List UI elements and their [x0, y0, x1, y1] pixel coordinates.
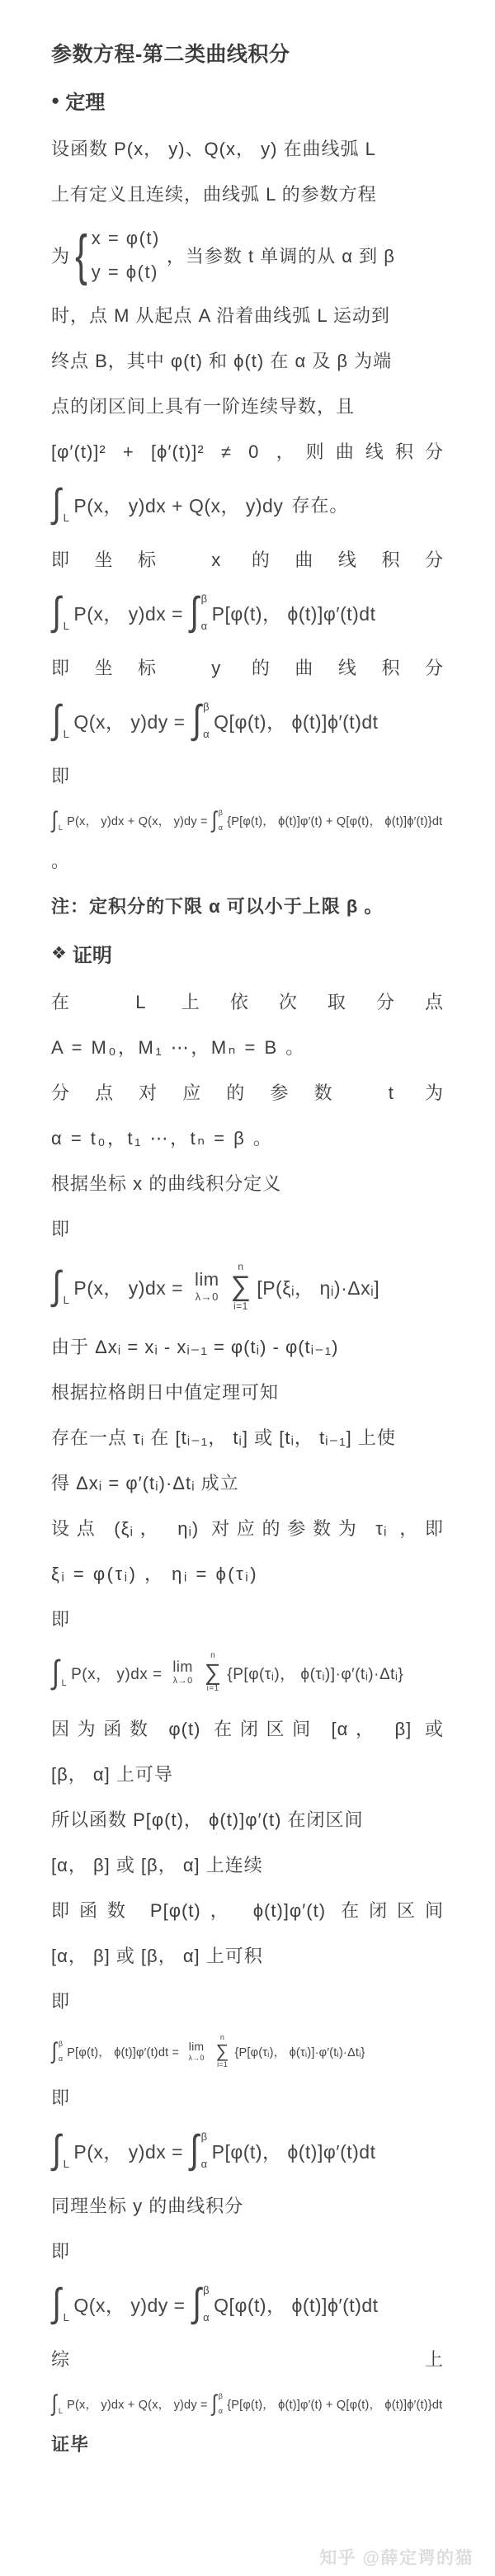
theorem-heading: ● 定理 [51, 86, 444, 115]
integral-lower-limit: L [61, 1679, 67, 1688]
text-line: 所以函数 P[φ(t)， ϕ(t)]φ′(t) 在闭区间 [51, 1807, 444, 1833]
integral-sign: ∫βα [51, 2040, 63, 2063]
text-line: 时，点 M 从起点 A 沿着曲线弧 L 运动到 [51, 303, 444, 329]
integral-sign: ∫·L [51, 809, 63, 832]
summation-lower: i=1 [207, 1685, 219, 1693]
limit-operator: limλ→0 [172, 1659, 193, 1686]
text-line: 即 [51, 2239, 444, 2265]
integral-lower-limit: α [201, 620, 208, 631]
text-line: 设点 (ξᵢ， ηᵢ) 对应的参数为 τᵢ ，即 [51, 1516, 444, 1542]
integral-glyph: ∫ [190, 592, 199, 632]
formula-text: P(x， y)dx = [73, 1273, 189, 1300]
integral-limits: βα [59, 2041, 63, 2063]
math-line: α = t₀，t₁ ⋯，tₙ = β 。 [51, 1125, 444, 1152]
integral-limits: βα [219, 2393, 223, 2415]
text-line: 存在一点 τᵢ 在 [tᵢ₋₁， tᵢ] 或 [tᵢ， tᵢ₋₁] 上使 [51, 1425, 444, 1451]
formula-limit-definition: ∫·LP(x， y)dx = limλ→0n∑i=1[P(ξᵢ， ηᵢ)·Δxᵢ… [51, 1262, 444, 1311]
text-line: 上有定义且连续，曲线弧 L 的参数方程 [51, 182, 444, 208]
integral-upper-limit: β [219, 809, 223, 817]
integral-glyph: ∫ [52, 2130, 61, 2170]
limit-subscript: λ→0 [188, 2055, 204, 2062]
integral-glyph: ∫ [52, 701, 61, 740]
integral-sign: ∫βα [189, 592, 208, 632]
integral-lower-limit: L [64, 620, 70, 631]
system-eq-y: y = ϕ(t) [92, 262, 160, 283]
formula-text: P(x， y)dx + Q(x， y)dy [73, 491, 283, 518]
note-line: 注：定积分的下限 α 可以小于上限 β 。 [51, 894, 444, 920]
text-line: 因为函数 φ(t) 在闭区间 [α， β] 或 [51, 1716, 444, 1743]
formula-text: P(x， y)dx + Q(x， y)dy = [67, 2395, 211, 2413]
integral-lower-limit: L [59, 2408, 63, 2415]
integral-sign: ∫·L [51, 592, 69, 632]
integral-glyph: ∫ [52, 809, 57, 832]
watermark: 知乎 @薛定谔的猫 [319, 2545, 474, 2569]
integral-limits: βα [201, 2131, 208, 2169]
formula-text: P(x， y)dx + Q(x， y)dy = [67, 812, 211, 829]
integral-sign: ∫·L [51, 1656, 67, 1689]
formula-combined-final: ∫·LP(x， y)dx + Q(x， y)dy = ∫βα{P[φ(t)， ϕ… [51, 2392, 444, 2415]
integral-lower-limit: L [64, 512, 70, 523]
integral-sign: ∫βα [211, 2392, 223, 2415]
formula-text: [P(ξᵢ， ηᵢ)·Δxᵢ] [257, 1273, 379, 1300]
integral-sign: ∫·L [51, 2392, 63, 2415]
formula-text: {P[φ(t)， ϕ(t)]φ′(t) + Q[φ(t)， ϕ(t)]ϕ′(t)… [227, 812, 442, 829]
formula-cjk-text: 存在。 [291, 492, 348, 517]
integral-upper-limit: β [203, 2285, 210, 2295]
integral-glyph: ∫ [52, 2284, 61, 2324]
formula-text: P[φ(t)， ϕ(t)]φ′(t)dt = [67, 2043, 182, 2060]
integral-sign: ∫·L [51, 701, 69, 740]
integral-lower-limit: L [59, 824, 63, 832]
integral-glyph: ∫ [52, 2040, 57, 2063]
limit-subscript: λ→0 [173, 1677, 193, 1686]
text-line: [β， α] 上可导 [51, 1762, 444, 1788]
integral-lower-limit: α [59, 2055, 63, 2063]
integral-glyph: ∫ [212, 809, 217, 832]
formula-text: {P[φ(τᵢ)， ϕ(τᵢ)]·φ′(tᵢ)·Δtᵢ} [227, 1662, 403, 1684]
integral-upper-limit: β [201, 2131, 208, 2142]
text-line: 设函数 P(x， y)、Q(x， y) 在曲线弧 L [51, 136, 444, 163]
integral-lower-limit: L [64, 1295, 70, 1305]
text-line: 。 [51, 848, 444, 875]
text-line: 由于 Δxᵢ = xᵢ - xᵢ₋₁ = φ(tᵢ) - φ(tᵢ₋₁) [51, 1334, 444, 1361]
formula-qy: ∫·LQ(x， y)dy = ∫βαQ[φ(t)， ϕ(t)]ϕ′(t)dt [51, 701, 444, 740]
limit-label: lim [189, 2041, 204, 2052]
integral-glyph: ∫ [192, 2284, 201, 2324]
integral-sign: ∫βα [211, 809, 223, 832]
formula-text: P(x， y)dx = [73, 599, 189, 626]
integral-limits: βα [201, 593, 208, 631]
summation-operator: n∑i=1 [216, 2034, 229, 2069]
system-eq-x: x = φ(t) [92, 228, 160, 249]
integral-glyph: ∫ [52, 2392, 57, 2415]
integral-glyph: ∫ [212, 2392, 217, 2415]
text-line: 得 Δxᵢ = φ′(tᵢ)·Δtᵢ 成立 [51, 1470, 444, 1497]
integral-upper-limit: β [203, 701, 210, 712]
text-line: 点的闭区间上具有一阶连续导数，且 [51, 394, 444, 420]
limit-label: lim [172, 1659, 193, 1674]
text-line: 综上 [51, 2347, 444, 2373]
parametric-system: 为 { x = φ(t) y = ϕ(t) ，当参数 t 单调的从 α 到 β [51, 227, 444, 283]
formula-text: P[φ(t)， ϕ(t)]φ′(t)dt [212, 2137, 376, 2164]
sigma-glyph: ∑ [216, 2042, 229, 2060]
formula-text: P(x， y)dx = [71, 1662, 167, 1684]
integral-lower-limit: L [64, 729, 70, 739]
formula-px-conclusion: ∫·LP(x， y)dx = ∫βαP[φ(t)， ϕ(t)]φ′(t)dt [51, 2130, 444, 2170]
formula-text: Q[φ(t)， ϕ(t)]ϕ′(t)dt [214, 2291, 378, 2318]
diamond-bullet-icon: ❖ [51, 945, 67, 962]
integral-limits: ·L [64, 701, 70, 739]
integral-limits: ·L [59, 809, 63, 832]
integral-lower-limit: α [203, 2312, 210, 2323]
integral-sign: ∫·L [51, 1267, 69, 1306]
formula-text: {P[φ(τᵢ)， ϕ(τᵢ)]·φ′(tᵢ)·Δtᵢ} [234, 2043, 365, 2060]
proof-heading: ❖ 证明 [51, 939, 444, 968]
proof-heading-label: 证明 [73, 939, 112, 968]
integral-glyph: ∫ [52, 592, 61, 632]
qed-line: 证毕 [51, 2432, 444, 2458]
screenshot-root: { "page": { "background": "#ffffff", "te… [0, 0, 495, 2576]
text-line: 终点 B，其中 φ(t) 和 ϕ(t) 在 α 及 β 为端 [51, 348, 444, 375]
integral-limits: ·L [64, 2131, 70, 2169]
integral-sign: ∫βα [189, 2130, 208, 2170]
integral-sign: ∫·L [51, 484, 69, 524]
system-equations: x = φ(t) y = ϕ(t) [92, 228, 160, 283]
integral-sign: ∫·L [51, 2284, 69, 2324]
math-line: A = M₀，M₁ ⋯，Mₙ = B 。 [51, 1035, 444, 1061]
theorem-heading-label: 定理 [65, 86, 105, 115]
summation-lower: i=1 [233, 1301, 248, 1311]
integral-lower-limit: α [203, 729, 210, 739]
page-title: 参数方程-第二类曲线积分 [51, 38, 444, 68]
text-line: 即 [51, 1606, 444, 1633]
integral-lower-limit: L [64, 2158, 70, 2169]
text-line: 即 [51, 2085, 444, 2111]
summation-lower: i=1 [217, 2061, 228, 2069]
integral-limits: ·L [64, 1267, 70, 1305]
formula-combined: ∫·LP(x， y)dx + Q(x， y)dy = ∫βα{P[φ(t)， ϕ… [51, 809, 444, 832]
formula-qy-conclusion: ∫·LQ(x， y)dy = ∫βαQ[φ(t)， ϕ(t)]ϕ′(t)dt [51, 2284, 444, 2324]
integral-upper-limit: β [59, 2041, 63, 2048]
text-line: 即 [51, 1216, 444, 1243]
formula-px: ∫·LP(x， y)dx = ∫βαP[φ(t)， ϕ(t)]φ′(t)dt [51, 592, 444, 632]
limit-operator: limλ→0 [195, 1271, 219, 1302]
integral-limits: ·L [64, 2285, 70, 2323]
system-prefix: 为 [51, 243, 70, 268]
sigma-glyph: ∑ [231, 1272, 252, 1300]
integral-upper-limit: β [201, 593, 208, 604]
integral-limits: βα [203, 701, 210, 739]
text-line: 即 [51, 763, 444, 790]
integral-lower-limit: α [201, 2158, 208, 2169]
text-line: [α， β] 或 [β， α] 上可积 [51, 1943, 444, 1970]
integral-glyph: ∫ [52, 484, 61, 524]
brace-glyph: { [75, 227, 87, 283]
formula-text: P[φ(t)， ϕ(t)]φ′(t)dt [212, 599, 376, 626]
integral-limits: ·L [64, 593, 70, 631]
limit-subscript: λ→0 [196, 1291, 219, 1302]
integral-sign: ∫βα [191, 701, 210, 740]
formula-text: Q(x， y)dy = [73, 2291, 191, 2318]
formula-text: P(x， y)dx = [73, 2137, 189, 2164]
text-line: 即函数 P[φ(t)， ϕ(t)]φ′(t) 在闭区间 [51, 1898, 444, 1924]
circle-bullet-icon: ● [51, 93, 59, 107]
integral-lower-limit: L [64, 2312, 70, 2323]
integral-glyph: ∫ [52, 1656, 59, 1689]
text-line: 即 [51, 1989, 444, 2015]
sigma-glyph: ∑ [205, 1661, 221, 1684]
text-line: 即坐标 x 的曲线积分 [51, 547, 444, 573]
summation-operator: n∑i=1 [231, 1262, 252, 1311]
integral-limits: βα [219, 809, 223, 832]
formula-limit-parametrized: ∫·LP(x， y)dx = limλ→0n∑i=1{P[φ(τᵢ)， ϕ(τᵢ… [51, 1652, 444, 1693]
text-line: [φ′(t)]² + [ϕ′(t)]² ≠ 0 ，则曲线积分 [51, 439, 444, 465]
text-line: 分点对应的参数 t 为 [51, 1080, 444, 1106]
integral-glyph: ∫ [190, 2130, 199, 2170]
formula-text: {P[φ(t)， ϕ(t)]φ′(t) + Q[φ(t)， ϕ(t)]ϕ′(t)… [227, 2395, 442, 2413]
integral-glyph: ∫ [192, 701, 201, 740]
formula-riemann-sum: ∫βαP[φ(t)， ϕ(t)]φ′(t)dt = limλ→0n∑i=1{P[… [51, 2034, 444, 2069]
text-line: 即坐标 y 的曲线积分 [51, 655, 444, 682]
integral-lower-limit: α [219, 824, 223, 832]
text-line: 根据坐标 x 的曲线积分定义 [51, 1171, 444, 1197]
text-line: 在 L 上依次取分点 [51, 989, 444, 1016]
integral-limits: βα [203, 2285, 210, 2323]
limit-operator: limλ→0 [188, 2041, 204, 2062]
integral-limits: ·L [64, 485, 70, 523]
limit-label: lim [195, 1271, 219, 1289]
text-line: 根据拉格朗日中值定理可知 [51, 1380, 444, 1406]
integral-sign: ∫βα [191, 2284, 210, 2324]
formula-text: Q(x， y)dy = [73, 707, 191, 734]
integral-sign: ∫·L [51, 2130, 69, 2170]
text-line: [α， β] 或 [β， α] 上连续 [51, 1852, 444, 1879]
formula-existence: ∫·LP(x， y)dx + Q(x， y)dy存在。 [51, 484, 444, 524]
integral-glyph: ∫ [52, 1267, 61, 1306]
text-line: 同理坐标 y 的曲线积分 [51, 2193, 444, 2220]
article: 参数方程-第二类曲线积分 ● 定理 设函数 P(x， y)、Q(x， y) 在曲… [0, 0, 495, 2458]
math-line: ξᵢ = φ(τᵢ) ， ηᵢ = ϕ(τᵢ) [51, 1561, 444, 1588]
integral-limits: ·L [59, 2393, 63, 2415]
system-suffix: ，当参数 t 单调的从 α 到 β [167, 243, 395, 268]
integral-limits: ·L [61, 1657, 67, 1688]
integral-upper-limit: β [219, 2393, 223, 2400]
integral-lower-limit: α [219, 2408, 223, 2415]
summation-operator: n∑i=1 [205, 1652, 221, 1693]
formula-text: Q[φ(t)， ϕ(t)]ϕ′(t)dt [214, 707, 378, 734]
